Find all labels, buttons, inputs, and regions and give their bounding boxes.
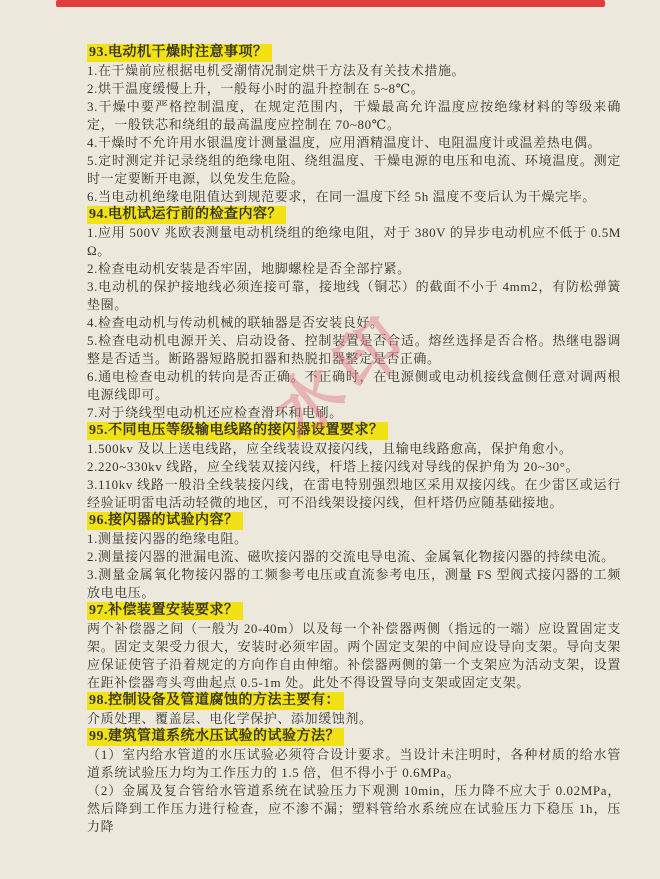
answer-line: 2.检查电动机安装是否牢固，地脚螺栓是否全部拧紧。 [87,260,621,278]
qa-section-99: 99.建筑管道系统水压试验的试验方法？ （1）室内给水管道的水压试验必须符合设计… [87,728,621,836]
answer-line: 3.干燥中要严格控制温度，在规定范围内，干燥最高允许温度应按绝缘材料的等级来确定… [87,98,621,134]
answer-line: 2.220~330kv 线路，应全线装双接闪线，杆塔上接闪线对导线的保护角为 2… [87,458,621,476]
qa-section-93: 93.电动机干燥时注意事项？ 1.在干燥前应根据电机受潮情况制定烘干方法及有关技… [87,44,621,206]
question-title: 98.控制设备及管道腐蚀的方法主要有： [87,692,621,710]
answer-line: 1.测量接闪器的绝缘电阻。 [87,530,621,548]
document-page: 93.电动机干燥时注意事项？ 1.在干燥前应根据电机受潮情况制定烘干方法及有关技… [0,0,660,879]
highlighted-question: 96.接闪器的试验内容？ [87,512,243,530]
highlighted-question: 95.不同电压等级输电线路的接闪器设置要求？ [87,422,388,440]
qa-section-98: 98.控制设备及管道腐蚀的方法主要有： 介质处理、覆盖层、电化学保护、添加缓蚀剂… [87,692,621,728]
qa-section-95: 95.不同电压等级输电线路的接闪器设置要求？ 1.500kv 及以上送电线路，应… [87,422,621,512]
answer-line: 1.在干燥前应根据电机受潮情况制定烘干方法及有关技术措施。 [87,62,621,80]
qa-section-94: 94.电机试运行前的检查内容？ 1.应用 500V 兆欧表测量电动机绕组的绝缘电… [87,206,621,422]
question-title: 97.补偿装置安装要求？ [87,602,621,620]
qa-section-97: 97.补偿装置安装要求？ 两个补偿器之间（一般为 20-40m）以及每一个补偿器… [87,602,621,692]
answer-line: 5.检查电动机电源开关、启动设备、控制装置是否合适。熔丝选择是否合格。热继电器调… [87,332,621,368]
answer-line: （2）金属及复合管给水管道系统在试验压力下观测 10min，压力降不应大于 0.… [87,782,621,836]
answer-line: 7.对于绕线型电动机还应检查滑环和电刷。 [87,404,621,422]
highlighted-question: 93.电动机干燥时注意事项？ [87,44,272,62]
document-content: 93.电动机干燥时注意事项？ 1.在干燥前应根据电机受潮情况制定烘干方法及有关技… [87,44,621,836]
answer-line: 4.检查电动机与传动机械的联轴器是否安装良好。 [87,314,621,332]
answer-line: 两个补偿器之间（一般为 20-40m）以及每一个补偿器两侧（指远的一端）应设置固… [87,620,621,692]
answer-line: 6.当电动机绝缘电阻值达到规范要求，在同一温度下经 5h 温度不变后认为干燥完毕… [87,188,621,206]
question-title: 99.建筑管道系统水压试验的试验方法？ [87,728,621,746]
question-title: 96.接闪器的试验内容？ [87,512,621,530]
highlighted-question: 99.建筑管道系统水压试验的试验方法？ [87,728,344,746]
answer-line: （1）室内给水管道的水压试验必须符合设计要求。当设计未注明时，各种材质的给水管道… [87,746,621,782]
qa-section-96: 96.接闪器的试验内容？ 1.测量接闪器的绝缘电阻。 2.测量接闪器的泄漏电流、… [87,512,621,602]
answer-line: 2.烘干温度缓慢上升，一般每小时的温升控制在 5~8℃。 [87,80,621,98]
question-title: 95.不同电压等级输电线路的接闪器设置要求？ [87,422,621,440]
top-red-bar [56,0,605,7]
answer-line: 3.110kv 线路一般沿全线装接闪线，在雷电特别强烈地区采用双接闪线。在少雷区… [87,476,621,512]
highlighted-question: 98.控制设备及管道腐蚀的方法主要有： [87,692,344,710]
answer-line: 4.干燥时不允许用水银温度计测量温度，应用酒精温度计、电阻温度计或温差热电偶。 [87,134,621,152]
question-title: 93.电动机干燥时注意事项？ [87,44,621,62]
answer-line: 3.电动机的保护接地线必须连接可靠，接地线（铜芯）的截面不小于 4mm2，有防松… [87,278,621,314]
question-title: 94.电机试运行前的检查内容？ [87,206,621,224]
answer-line: 6.通电检查电动机的转向是否正确。不正确时，在电源侧或电动机接线盒侧任意对调两根… [87,368,621,404]
highlighted-question: 94.电机试运行前的检查内容？ [87,206,286,224]
answer-line: 1.应用 500V 兆欧表测量电动机绕组的绝缘电阻，对于 380V 的异步电动机… [87,224,621,260]
answer-line: 1.500kv 及以上送电线路，应全线装设双接闪线，且输电线路愈高，保护角愈小。 [87,440,621,458]
answer-line: 介质处理、覆盖层、电化学保护、添加缓蚀剂。 [87,710,621,728]
answer-line: 3.测量金属氧化物接闪器的工频参考电压或直流参考电压，测量 FS 型阀式接闪器的… [87,566,621,602]
answer-line: 2.测量接闪器的泄漏电流、磁吹接闪器的交流电导电流、金属氧化物接闪器的持续电流。 [87,548,621,566]
highlighted-question: 97.补偿装置安装要求？ [87,602,243,620]
answer-line: 5.定时测定并记录绕组的绝缘电阻、绕组温度、干燥电源的电压和电流、环境温度。测定… [87,152,621,188]
